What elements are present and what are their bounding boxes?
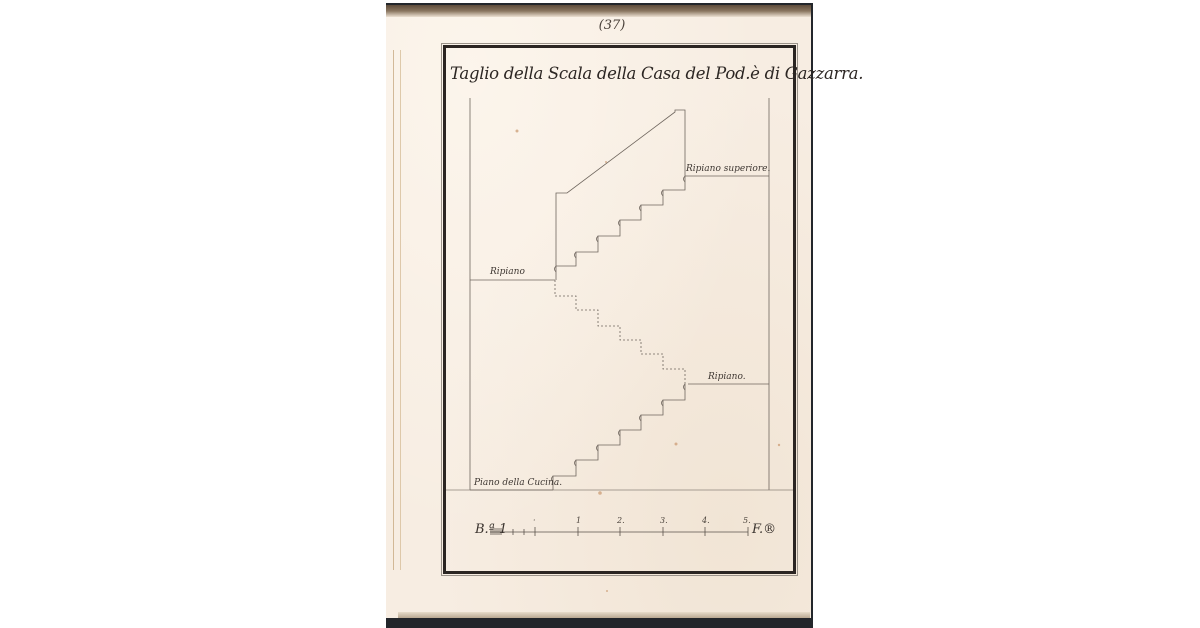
scale-tick-label: 3. bbox=[660, 516, 668, 525]
scale-bar bbox=[490, 527, 748, 536]
hidden-flight-steps bbox=[555, 280, 685, 384]
scale-tick-label: · bbox=[533, 516, 536, 525]
scale-tick-label: 2. bbox=[617, 516, 625, 525]
label-middle-landing-left: Ripiano bbox=[490, 267, 525, 277]
scale-left-label: B.ª 1 bbox=[475, 522, 507, 537]
scale-tick-label: 5. bbox=[743, 516, 751, 525]
scale-tick-label: 4. bbox=[702, 516, 710, 525]
label-kitchen-floor: Piano della Cucina. bbox=[474, 478, 562, 488]
staircase-section-drawing bbox=[0, 0, 1200, 628]
scale-tick-label: 1 bbox=[576, 516, 581, 525]
lower-flight-steps bbox=[553, 384, 685, 490]
scale-right-label: F.® bbox=[752, 522, 776, 537]
upper-flight-outline bbox=[556, 110, 685, 280]
label-upper-landing: Ripiano superiore. bbox=[686, 164, 770, 174]
label-middle-landing-right: Ripiano. bbox=[708, 372, 746, 382]
